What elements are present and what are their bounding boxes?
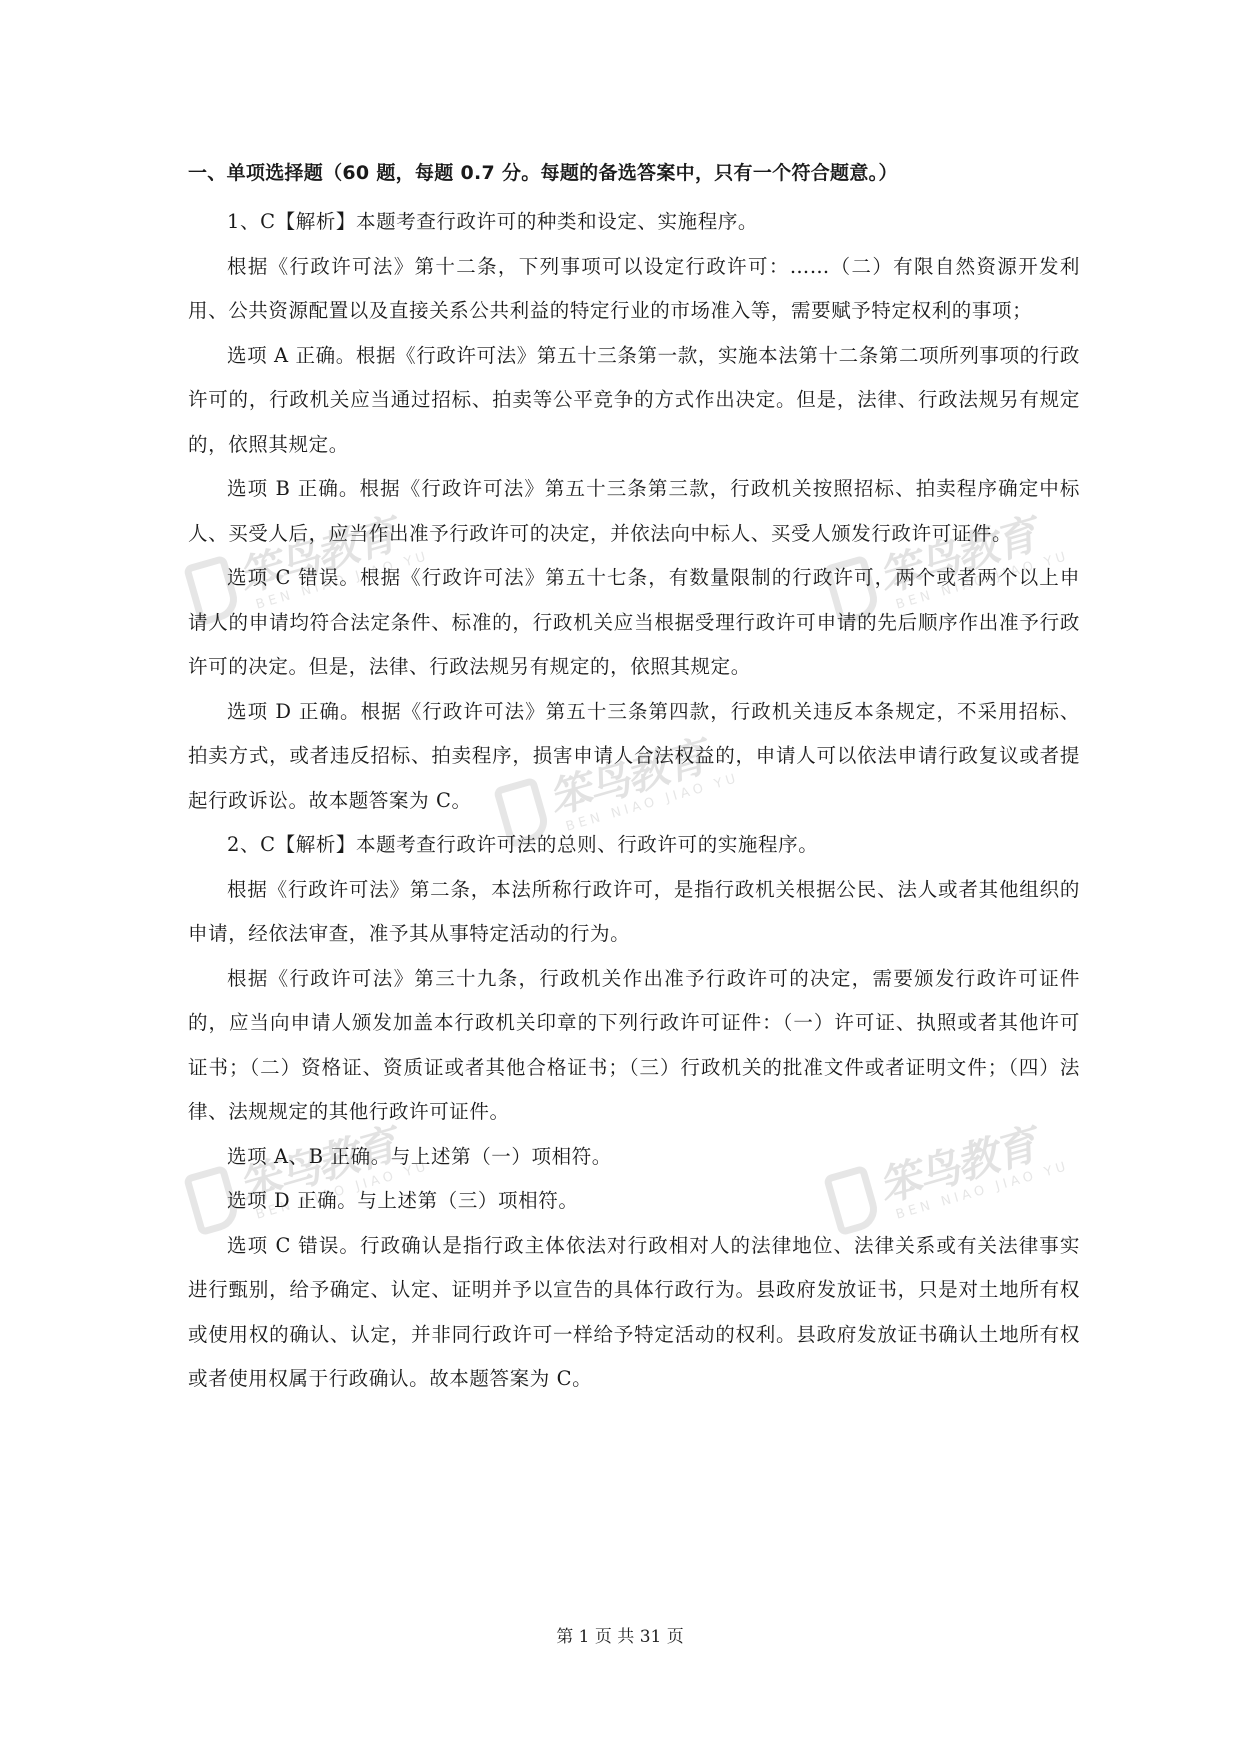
option-d-analysis: 选项 D 正确。与上述第（三）项相符。	[188, 1179, 1080, 1224]
option-d-analysis: 选项 D 正确。根据《行政许可法》第五十三条第四款，行政机关违反本条规定，不采用…	[188, 690, 1080, 824]
option-a-analysis: 选项 A 正确。根据《行政许可法》第五十三条第一款，实施本法第十二条第二项所列事…	[188, 334, 1080, 468]
page-footer: 第 1 页 共 31 页	[0, 1622, 1240, 1647]
document-page: 笨鸟教育 BEN NIAO JIAO YU 笨鸟教育 BEN NIAO JIAO…	[0, 0, 1240, 1754]
document-body: 一、单项选择题（60 题，每题 0.7 分。每题的备选答案中，只有一个符合题意。…	[188, 160, 1080, 1402]
paragraph: 根据《行政许可法》第十二条，下列事项可以设定行政许可：……（二）有限自然资源开发…	[188, 245, 1080, 334]
section-title: 一、单项选择题（60 题，每题 0.7 分。每题的备选答案中，只有一个符合题意。…	[188, 160, 1080, 186]
option-ab-analysis: 选项 A、B 正确。与上述第（一）项相符。	[188, 1135, 1080, 1180]
option-b-analysis: 选项 B 正确。根据《行政许可法》第五十三条第三款，行政机关按照招标、拍卖程序确…	[188, 467, 1080, 556]
question-2-header: 2、C【解析】本题考查行政许可法的总则、行政许可的实施程序。	[188, 823, 1080, 868]
question-1-header: 1、C【解析】本题考查行政许可的种类和设定、实施程序。	[188, 200, 1080, 245]
option-c-analysis: 选项 C 错误。根据《行政许可法》第五十七条，有数量限制的行政许可，两个或者两个…	[188, 556, 1080, 690]
paragraph: 根据《行政许可法》第二条，本法所称行政许可，是指行政机关根据公民、法人或者其他组…	[188, 868, 1080, 957]
paragraph: 根据《行政许可法》第三十九条，行政机关作出准予行政许可的决定，需要颁发行政许可证…	[188, 957, 1080, 1135]
option-c-analysis: 选项 C 错误。行政确认是指行政主体依法对行政相对人的法律地位、法律关系或有关法…	[188, 1224, 1080, 1402]
